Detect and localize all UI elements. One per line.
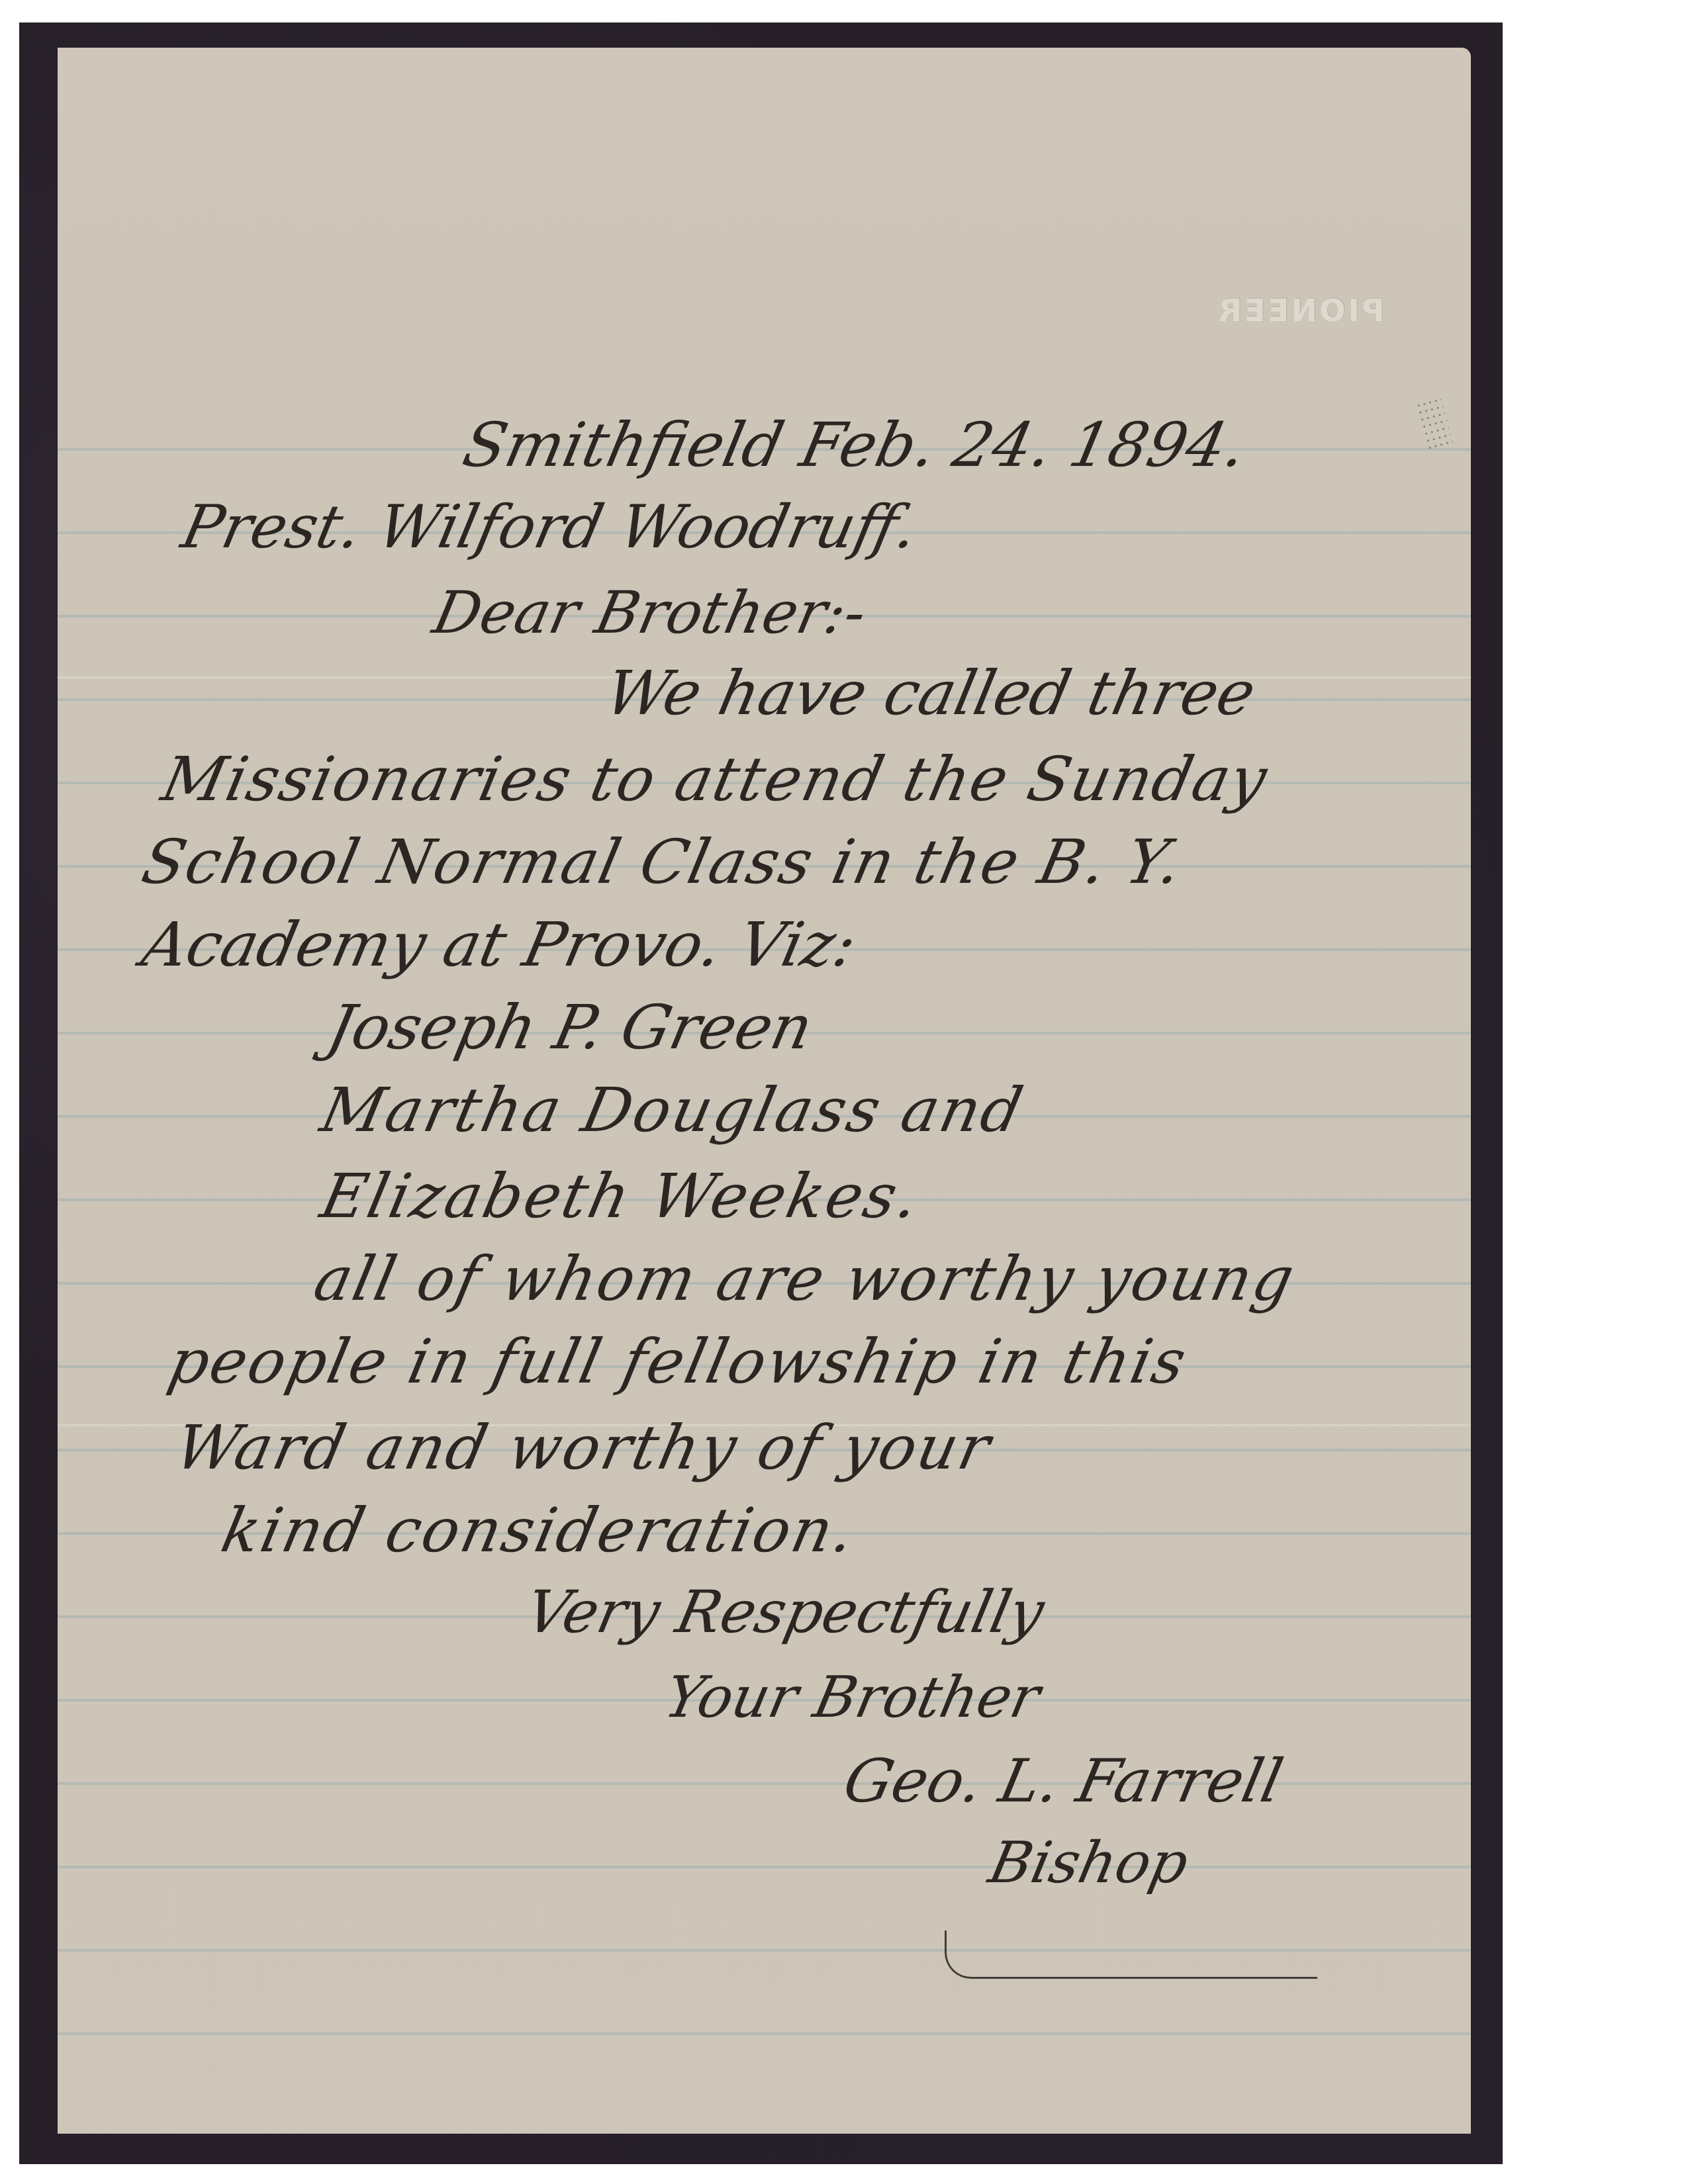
body-line: people in full fellowship in this (164, 1332, 1193, 1392)
addressee: Prest. Wilford Woodruff. (177, 498, 923, 557)
ink-speckle-mark (1415, 396, 1454, 454)
dateline: Smithfield Feb. 24. 1894. (458, 415, 1251, 476)
body-line: all of whom are worthy young (309, 1249, 1301, 1310)
signer-title: Bishop (984, 1835, 1193, 1891)
signature-flourish (945, 1931, 1317, 1979)
signature: Geo. L. Farrell (839, 1752, 1288, 1811)
closing-2: Your Brother (660, 1669, 1045, 1726)
salutation: Dear Brother:- (428, 584, 871, 642)
body-line: Missionaries to attend the Sunday (157, 749, 1273, 810)
body-line: Ward and worthy of your (170, 1418, 997, 1479)
body-line: We have called three (600, 663, 1260, 724)
body-line: kind consideration. (216, 1500, 861, 1561)
missionary-name: Elizabeth Weekes. (316, 1166, 925, 1227)
closing: Very Respectfully (521, 1583, 1049, 1641)
body-line: Academy at Provo. Viz: (137, 915, 861, 976)
body-line: School Normal Class in the B. Y. (137, 832, 1188, 893)
ruled-line (58, 1866, 1471, 1868)
letter-paper: PIONEER Smithfield Feb. 24. 1894. Prest.… (58, 48, 1471, 2134)
missionary-name: Joseph P. Green (322, 997, 818, 1058)
ruled-line (58, 2032, 1471, 2035)
embossed-stamp: PIONEER (1216, 293, 1385, 328)
missionary-name: Martha Douglass and (316, 1080, 1029, 1141)
